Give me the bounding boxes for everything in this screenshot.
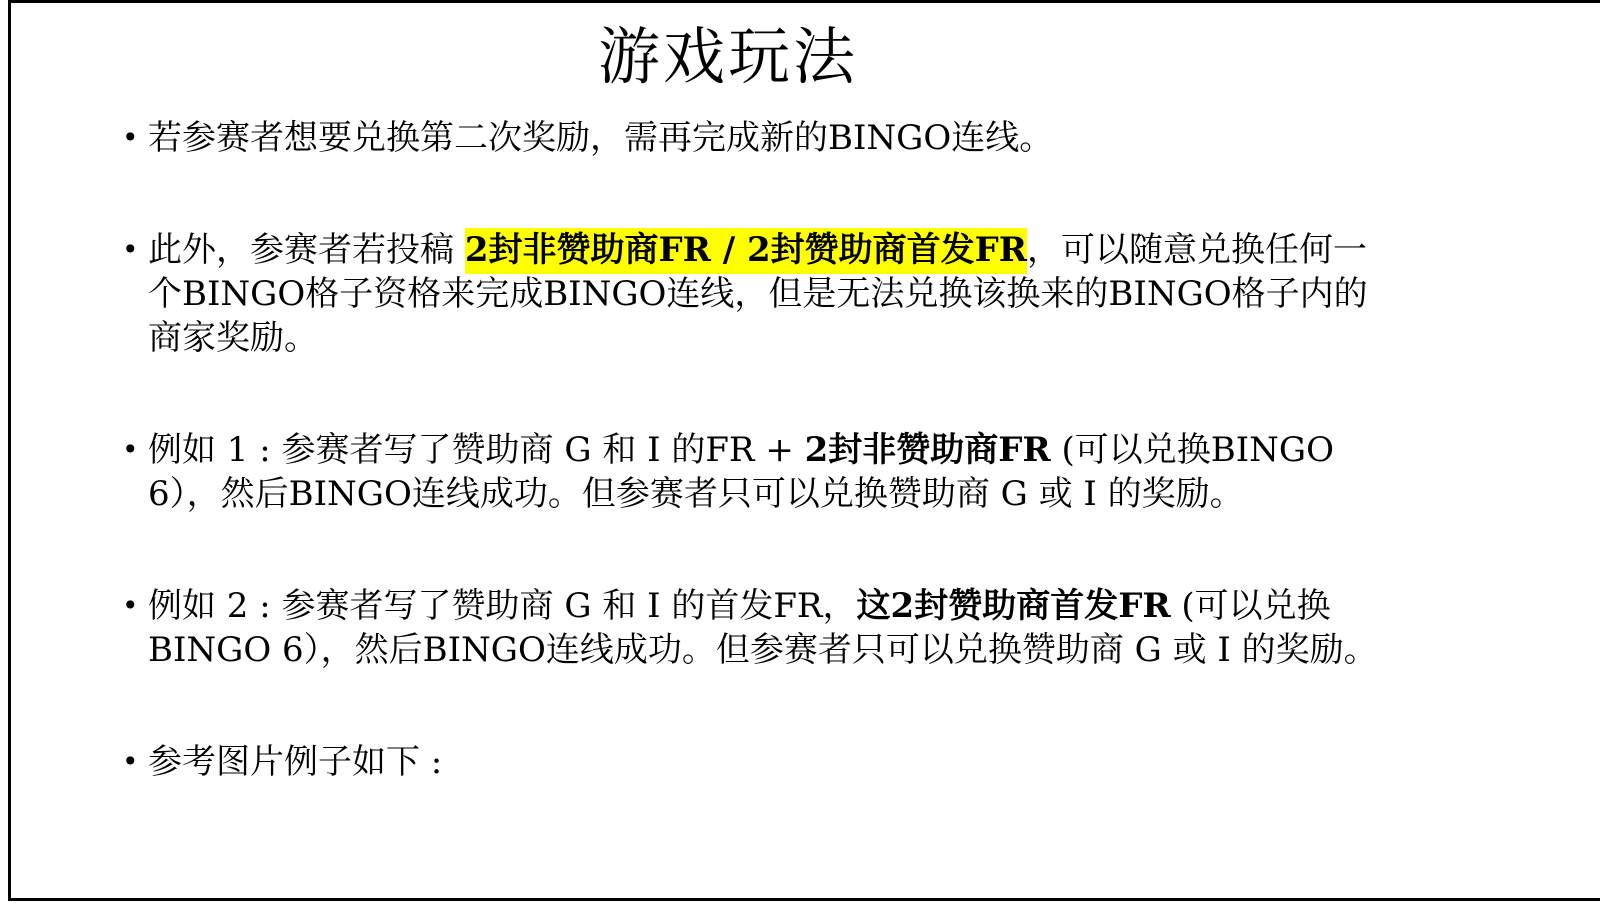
bullet-item-2: • 此外，参赛者若投稿 2封非赞助商FR / 2封赞助商首发FR，可以随意兑换任… (122, 228, 1390, 360)
text-segment: 若参赛者想要兑换第二次奖励，需再完成新的BINGO连线。 (148, 118, 1053, 158)
bullet-marker: • (122, 740, 148, 784)
bullet-text-1: 若参赛者想要兑换第二次奖励，需再完成新的BINGO连线。 (148, 116, 1390, 160)
text-segment: 参考图片例子如下 : (148, 742, 442, 782)
text-segment: 例如 1 : 参赛者写了赞助商 G 和 I 的FR + (148, 430, 805, 470)
bullet-marker: • (122, 584, 148, 628)
text-segment: 例如 2 : 参赛者写了赞助商 G 和 I 的首发FR， (148, 586, 857, 626)
bullet-text-3: 例如 1 : 参赛者写了赞助商 G 和 I 的FR + 2封非赞助商FR (可以… (148, 428, 1390, 516)
text-segment: 此外，参赛者若投稿 (148, 230, 465, 270)
bullet-marker: • (122, 428, 148, 472)
presentation-slide: 游戏玩法 • 若参赛者想要兑换第二次奖励，需再完成新的BINGO连线。 • 此外… (0, 0, 1600, 903)
bullet-marker: • (122, 116, 148, 160)
bold-text-segment: 这2封赞助商首发FR (857, 586, 1171, 626)
highlighted-text-segment: 2封非赞助商FR / 2封赞助商首发FR (465, 228, 1027, 274)
slide-title: 游戏玩法 (8, 20, 1448, 94)
bullet-text-5: 参考图片例子如下 : (148, 740, 1390, 784)
slide-body: • 若参赛者想要兑换第二次奖励，需再完成新的BINGO连线。 • 此外，参赛者若… (122, 116, 1390, 852)
bullet-item-1: • 若参赛者想要兑换第二次奖励，需再完成新的BINGO连线。 (122, 116, 1390, 160)
bullet-item-3: • 例如 1 : 参赛者写了赞助商 G 和 I 的FR + 2封非赞助商FR (… (122, 428, 1390, 516)
bullet-item-5: • 参考图片例子如下 : (122, 740, 1390, 784)
bullet-text-4: 例如 2 : 参赛者写了赞助商 G 和 I 的首发FR，这2封赞助商首发FR (… (148, 584, 1390, 672)
bullet-marker: • (122, 228, 148, 272)
bullet-text-2: 此外，参赛者若投稿 2封非赞助商FR / 2封赞助商首发FR，可以随意兑换任何一… (148, 228, 1390, 360)
bold-text-segment: 2封非赞助商FR (805, 430, 1051, 470)
bullet-item-4: • 例如 2 : 参赛者写了赞助商 G 和 I 的首发FR，这2封赞助商首发FR… (122, 584, 1390, 672)
